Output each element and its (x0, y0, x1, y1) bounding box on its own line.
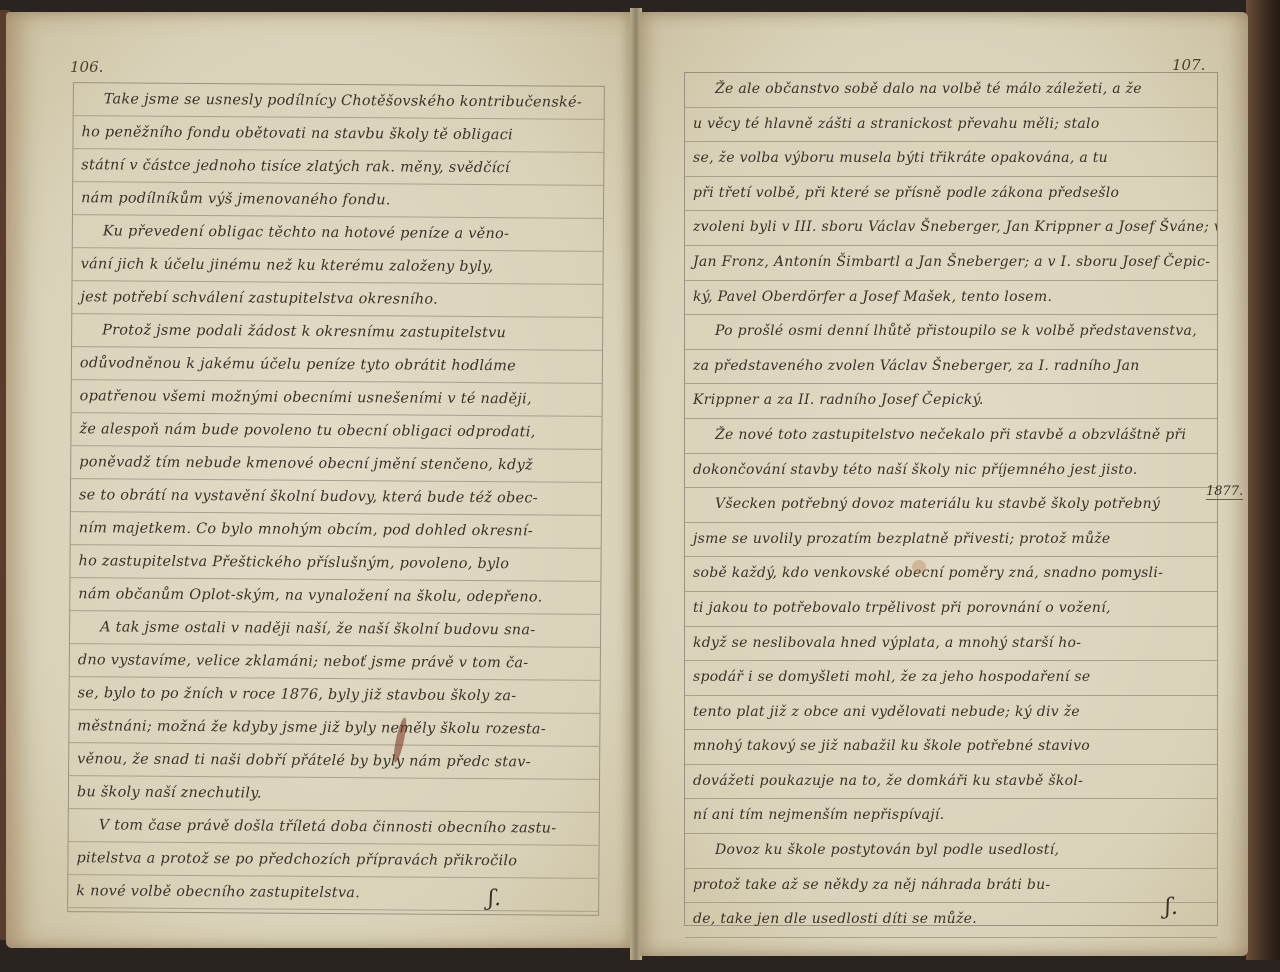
left-page-text-line: se, bylo to po žních v roce 1876, byly j… (70, 677, 600, 714)
left-page-text-line: ho zastupitelstva Přeštického příslušným… (70, 545, 600, 582)
right-page-text-line: Po prošlé osmi denní lhůtě přistoupilo s… (685, 315, 1217, 350)
right-page-text-line: protož take až se někdy za něj náhrada b… (685, 869, 1217, 904)
left-page-text-line: že alespoň nám bude povoleno tu obecní o… (71, 413, 601, 450)
left-page-text-line: věnou, že snad ti naši dobří přátelé by … (69, 743, 599, 780)
right-page-text-line: se, že volba výboru musela býti třikráte… (685, 142, 1217, 177)
left-page-number: 106. (70, 58, 103, 76)
left-page-text-line: opatřenou všemi možnými obecními usnešen… (72, 380, 602, 417)
right-page-text-line: ký, Pavel Oberdörfer a Josef Mašek, tent… (685, 281, 1217, 316)
right-page-text-line: u věcy té hlavně zášti a stranickost pře… (685, 108, 1217, 143)
left-page-text-line: se to obrátí na vystavění školní budovy,… (71, 479, 601, 516)
right-page-text-line: Dovoz ku škole postytován byl podle used… (685, 834, 1217, 869)
right-page-text-line: spodář i se domyšleti mohl, že za jeho h… (685, 661, 1217, 696)
left-page-text-line: ním majetkem. Co bylo mnohým obcím, pod … (71, 512, 601, 549)
right-page-text-line: zvoleni byli v III. sboru Václav Šneberg… (685, 211, 1217, 246)
left-page-text-line: nám občanům Oplot-ským, na vynaložení na… (70, 578, 600, 615)
left-page-ruled-frame: Take jsme se usnesly podílnícy Chotěšovs… (67, 82, 605, 916)
right-page-text-line: jsme se uvolily prozatím bezplatně přive… (685, 523, 1217, 558)
right-page: 107. Že ale občanstvo sobě dalo na volbě… (640, 12, 1248, 956)
right-page-text-line: Jan Fronz, Antonín Šimbartl a Jan Šneber… (685, 246, 1217, 281)
left-page-text-line: vání jich k účelu jinému než ku kterému … (73, 248, 603, 285)
left-page-text-line: nám podílníkům výš jmenovaného fondu. (73, 182, 603, 219)
left-page-text-line: poněvadž tím nebude kmenové obecní jmění… (71, 446, 601, 483)
right-page-text-line: Všecken potřebný dovoz materiálu ku stav… (685, 488, 1217, 523)
left-page: 106. Take jsme se usnesly podílnícy Chot… (6, 12, 632, 948)
right-page-text-line: dokončování stavby této naší školy nic p… (685, 454, 1217, 489)
left-page-text-line: státní v částce jednoho tisíce zlatých r… (73, 149, 603, 186)
left-page-text-line: pitelstva a protož se po předchozích pří… (68, 842, 598, 879)
right-page-text-line: když se neslibovala hned výplata, a mnoh… (685, 627, 1217, 662)
margin-year-note: 1877. (1206, 484, 1243, 500)
left-page-text-line: A tak jsme ostali v naději naší, že naší… (70, 611, 600, 648)
right-page-text-line: Že nové toto zastupitelstvo nečekalo při… (685, 419, 1217, 454)
left-page-text-line: jest potřebí schválení zastupitelstva ok… (72, 281, 602, 318)
right-page-text-line: tento plat již z obce ani vydělovati neb… (685, 696, 1217, 731)
left-page-text-line: k nové volbě obecního zastupitelstva. (68, 875, 598, 912)
left-page-end-mark: ʃ. (488, 886, 501, 911)
right-page-text-line: mnohý takový se již nabažil ku škole pot… (685, 730, 1217, 765)
right-page-text-line: za představeného zvolen Václav Šneberger… (685, 350, 1217, 385)
left-page-text: Take jsme se usnesly podílnícy Chotěšovs… (68, 83, 604, 912)
right-page-end-mark: ʃ. (1165, 895, 1178, 920)
left-page-text-line: Take jsme se usnesly podílnícy Chotěšovs… (74, 83, 604, 120)
left-page-text-line: V tom čase právě došla tříletá doba činn… (69, 809, 599, 846)
left-page-text-line: Ku převedení obligac těchto na hotové pe… (73, 215, 603, 252)
book-cover-right-edge (1246, 0, 1280, 960)
right-page-text-line: ti jakou to potřebovalo trpělivost při p… (685, 592, 1217, 627)
right-page-text-line: Že ale občanstvo sobě dalo na volbě té m… (685, 73, 1217, 108)
right-page-text-line: při třetí volbě, při které se přísně pod… (685, 177, 1217, 212)
right-page-text-line: de, take jen dle usedlosti díti se může. (685, 903, 1217, 938)
right-page-text: Že ale občanstvo sobě dalo na volbě té m… (685, 73, 1217, 938)
left-page-text-line: dno vystavíme, velice zklamáni; neboť js… (70, 644, 600, 681)
right-page-text-line: ní ani tím nejmenším nepřispívají. (685, 799, 1217, 834)
left-page-text-line: odůvodněnou k jakému účelu peníze tyto o… (72, 347, 602, 384)
left-page-text-line: Protož jsme podali žádost k okresnímu za… (72, 314, 602, 351)
right-page-text-line: dovážeti poukazuje na to, že domkáři ku … (685, 765, 1217, 800)
left-page-text-line: městnáni; možná že kdyby jsme již byly n… (69, 710, 599, 747)
right-page-text-line: sobě každý, kdo venkovské obecní poměry … (685, 557, 1217, 592)
right-page-ruled-frame: Že ale občanstvo sobě dalo na volbě té m… (684, 72, 1218, 926)
right-page-text-line: Krippner a za II. radního Josef Čepický. (685, 384, 1217, 419)
paper-stain (912, 560, 926, 574)
left-page-text-line: bu školy naší znechutily. (69, 776, 599, 813)
left-page-text-line: ho peněžního fondu obětovati na stavbu š… (73, 116, 603, 153)
